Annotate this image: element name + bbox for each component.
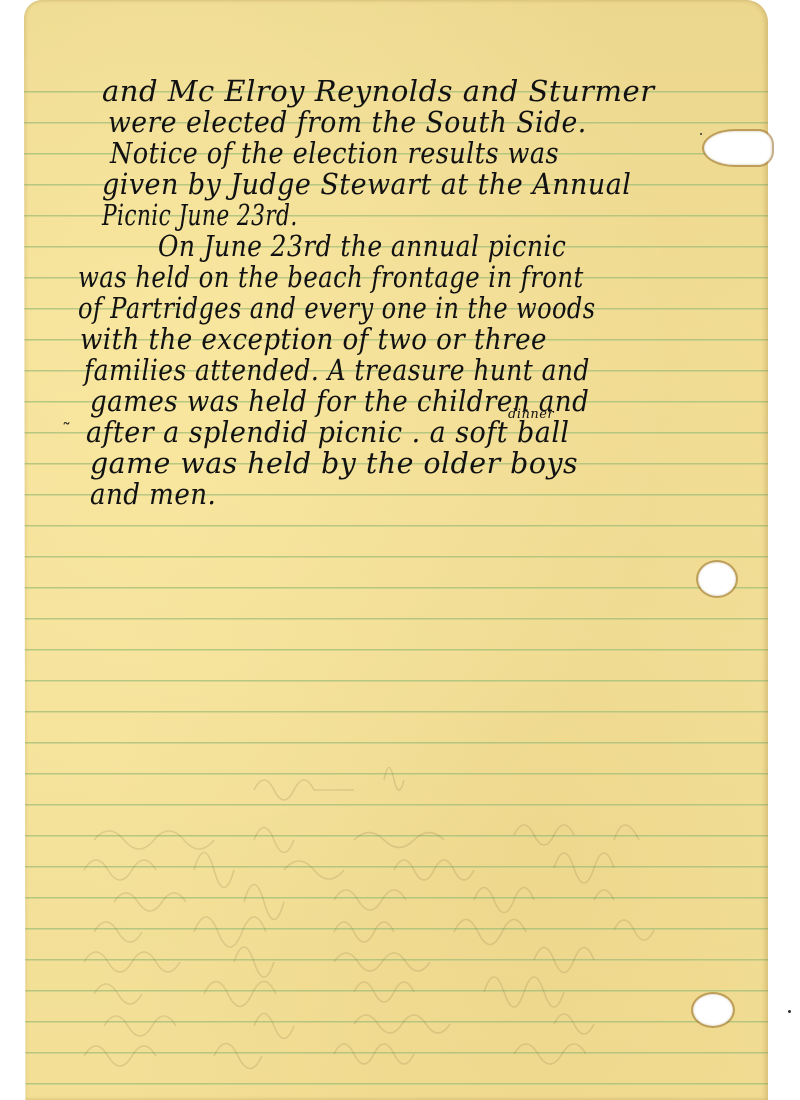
handwritten-line-8: of Partridges and every one in the woods [78,293,595,324]
handwritten-line-3: Notice of the election results was [110,138,559,169]
ink-speck [700,133,702,135]
punch-hole-bottom [693,994,733,1026]
handwritten-line-7: was held on the beach frontage in front [78,262,584,293]
ink-speck [788,1010,791,1013]
handwritten-line-2: were elected from the South Side. [108,107,587,138]
handwritten-line-9: with the exception of two or three [80,324,547,355]
handwritten-line-12: after a splendid picnic . a soft ball [86,417,570,448]
punch-hole-middle [698,562,736,596]
handwritten-line-4: given by Judge Stewart at the Annual [102,169,631,200]
stray-pen-mark: ˜ [62,420,71,441]
handwritten-line-6: On June 23rd the annual picnic [158,231,566,262]
handwritten-line-1: and Mc Elroy Reynolds and Sturmer [102,76,655,107]
punch-hole-top-torn [704,131,772,165]
handwritten-line-5: Picnic June 23rd. [102,200,298,231]
handwritten-line-14: and men. [90,479,216,510]
insertion-dinner: dinner [508,407,554,422]
handwritten-line-13: game was held by the older boys [90,448,578,479]
handwritten-line-10: families attended. A treasure hunt and [84,355,590,386]
